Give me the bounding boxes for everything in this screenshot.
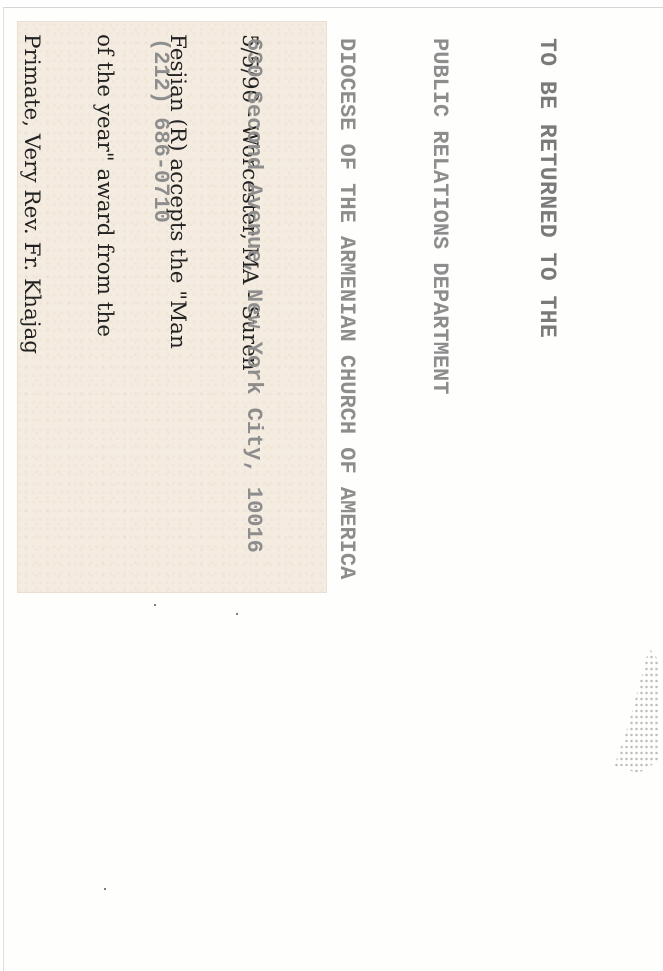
return-address-stamp: TO BE RETURNED TO THE PUBLIC RELATIONS D…	[114, 38, 624, 579]
stamp-organization: DIOCESE OF THE ARMENIAN CHURCH OF AMERIC…	[331, 38, 362, 579]
stamp-title: TO BE RETURNED TO THE	[531, 38, 562, 579]
speck	[104, 888, 106, 890]
stamp-department: PUBLIC RELATIONS DEPARTMENT	[424, 38, 455, 579]
stamp-phone: (212) 686-0710	[145, 38, 176, 579]
speck	[236, 613, 238, 615]
ink-smudge	[609, 648, 659, 773]
stamp-address: 630 Second Avenue, New York City, 10016	[238, 38, 269, 579]
caption-line: of the year" award from the	[91, 34, 115, 371]
speck	[154, 604, 156, 606]
caption-line: Primate, Very Rev. Fr. Khajag	[18, 34, 42, 371]
